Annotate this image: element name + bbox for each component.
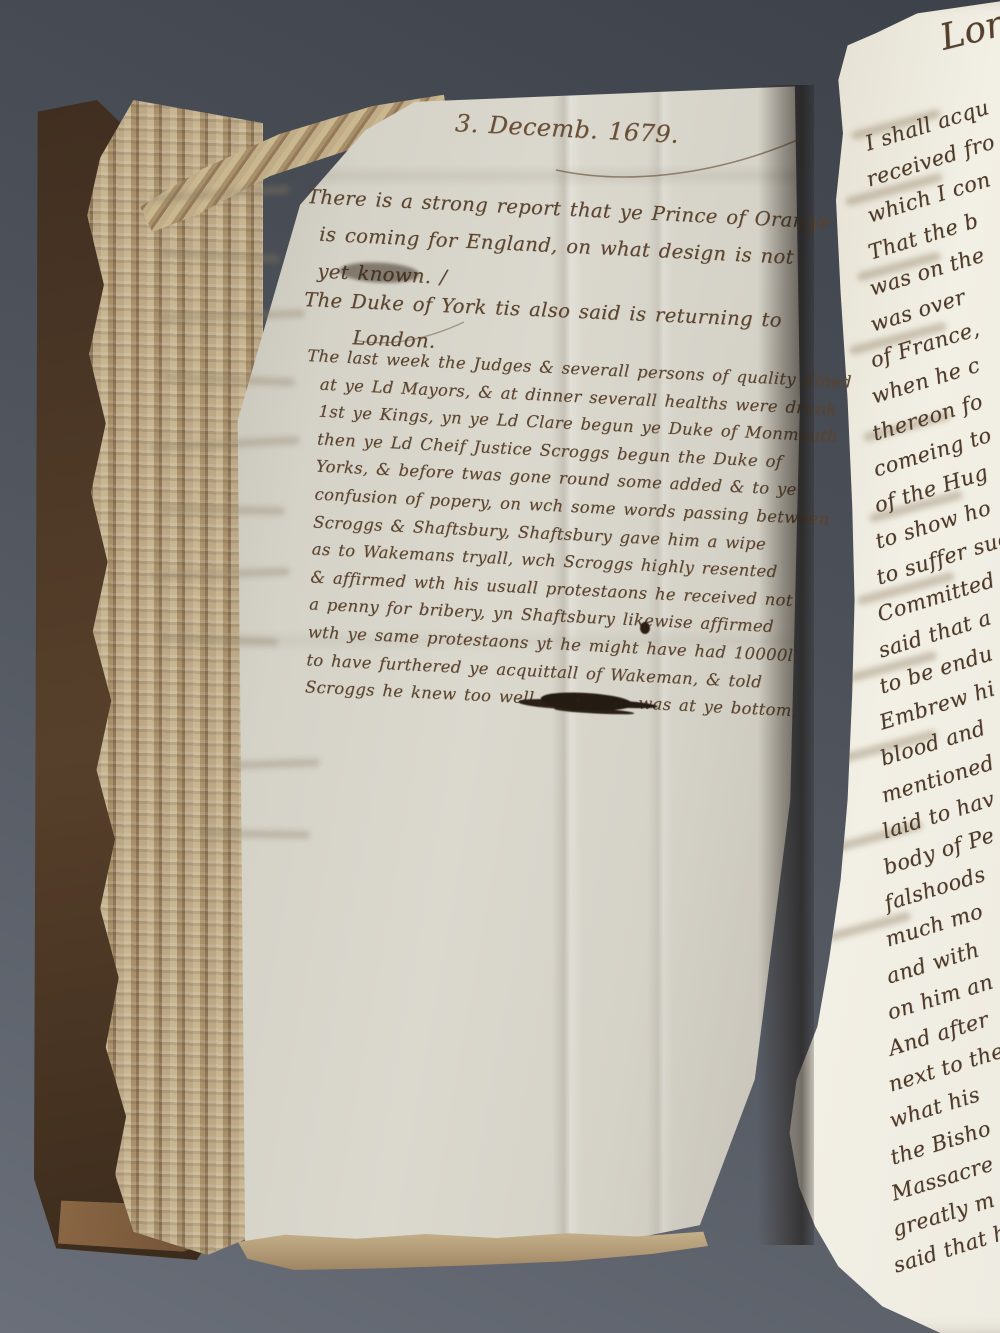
entry-paragraph: The last week the Judges & severall pers… — [290, 342, 822, 725]
book-gutter-shadow — [758, 85, 814, 1245]
paragraph-lines: The last week the Judges & severall pers… — [292, 342, 823, 698]
manuscript-photo: Lon I shall acqureceived frowhich I conT… — [0, 0, 1000, 1333]
ink-speck — [575, 697, 581, 703]
right-page-heading: Lon — [936, 2, 1000, 58]
right-page-text: I shall acqureceived frowhich I conThat … — [866, 132, 1000, 1332]
ink-speck — [640, 622, 650, 634]
ink-blot — [540, 691, 633, 712]
